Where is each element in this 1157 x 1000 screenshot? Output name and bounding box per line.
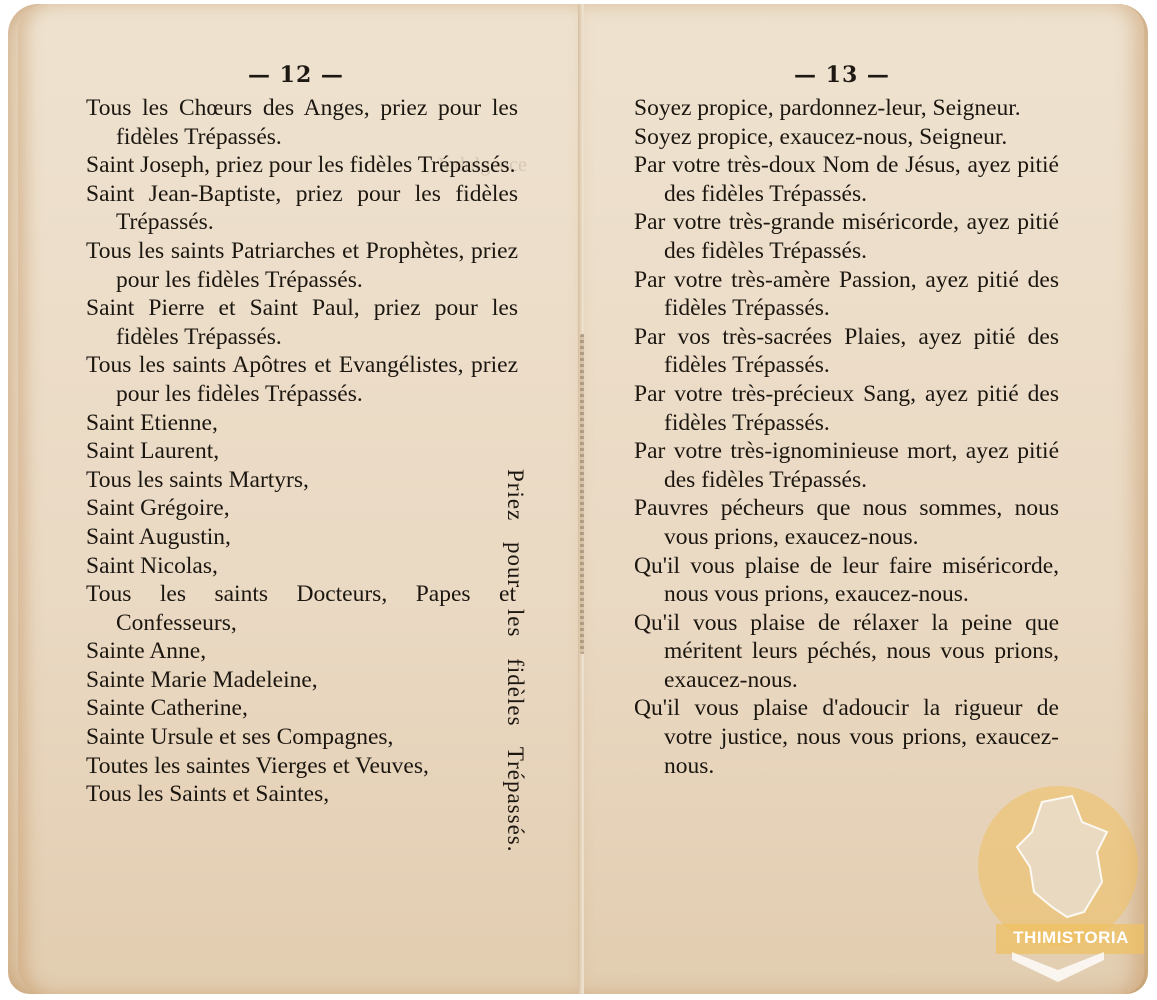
litany-entry: Par votre très-ignominieuse mort, ayez p… <box>634 437 1059 494</box>
litany-entry: Qu'il vous plaise de rélaxer la peine qu… <box>634 609 1059 695</box>
litany-entry: Soyez propice, pardonnez-leur, Seigneur. <box>634 94 1059 123</box>
page-number-12: — 12 — <box>248 62 344 88</box>
litany-entry: Tous les saints Apôtres et Evangélistes,… <box>86 351 518 408</box>
litany-entry: Tous les saints Patriarches et Prophètes… <box>86 237 518 294</box>
litany-entry: Par votre très-grande miséricorde, ayez … <box>634 208 1059 265</box>
litany-entry: Par votre très-précieux Sang, ayez pitié… <box>634 380 1059 437</box>
bracket-vertical-text: Priez pour les fidèles Trépassés. <box>488 469 528 869</box>
litany-entry: Tous les Chœurs des Anges, priez pour le… <box>86 94 518 151</box>
thimistoria-watermark: THIMISTORIA <box>972 782 1144 994</box>
litany-entry: Sainte Anne, <box>86 637 496 666</box>
litany-entry: Sainte Ursule et ses Compagnes, <box>86 723 516 752</box>
litany-entry: Qu'il vous plaise de leur faire misérico… <box>634 552 1059 609</box>
litany-entry: Qu'il vous plaise d'adoucir la rigueur d… <box>634 694 1059 780</box>
litany-entry: Tous les saints Docteurs, Papes et Confe… <box>86 580 516 637</box>
litany-entry: Toutes les saintes Vierges et Veuves, <box>86 752 516 781</box>
litany-entry: Saint Nicolas, <box>86 552 496 581</box>
litany-entry: Saint Laurent, <box>86 437 496 466</box>
litany-entry: Sainte Catherine, <box>86 694 496 723</box>
litany-entry: Par vos très-sacrées Plaies, ayez pitié … <box>634 323 1059 380</box>
litany-entry: Sainte Marie Madeleine, <box>86 666 496 695</box>
watermark-label: THIMISTORIA <box>998 928 1144 948</box>
litany-entry: Pauvres pécheurs que nous sommes, nous v… <box>634 494 1059 551</box>
litany-entry: Saint Etienne, <box>86 409 496 438</box>
litany-entry: Tous les saints Martyrs, <box>86 466 496 495</box>
left-page-litany: Tous les Chœurs des Anges, priez pour le… <box>86 94 518 809</box>
page-number-13: — 13 — <box>794 62 890 88</box>
left-page: Indulgence — 12 — Tous les Chœurs des An… <box>18 4 578 994</box>
map-shield-icon <box>972 782 1144 994</box>
litany-entry: Saint Pierre et Saint Paul, priez pour l… <box>86 294 518 351</box>
litany-entry: Saint Augustin, <box>86 523 496 552</box>
litany-entry: Saint Grégoire, <box>86 494 496 523</box>
right-page-litany: Soyez propice, pardonnez-leur, Seigneur.… <box>634 94 1059 780</box>
litany-entry: Saint Joseph, priez pour les fidèles Tré… <box>86 151 518 180</box>
litany-entry: Tous les Saints et Saintes, <box>86 780 516 809</box>
litany-entry: Par votre très-doux Nom de Jésus, ayez p… <box>634 151 1059 208</box>
litany-entry: Soyez propice, exaucez-nous, Seigneur. <box>634 123 1059 152</box>
litany-entry: Saint Jean-Baptiste, priez pour les fidè… <box>86 180 518 237</box>
litany-entry: Par votre très-amère Passion, ayez pitié… <box>634 266 1059 323</box>
